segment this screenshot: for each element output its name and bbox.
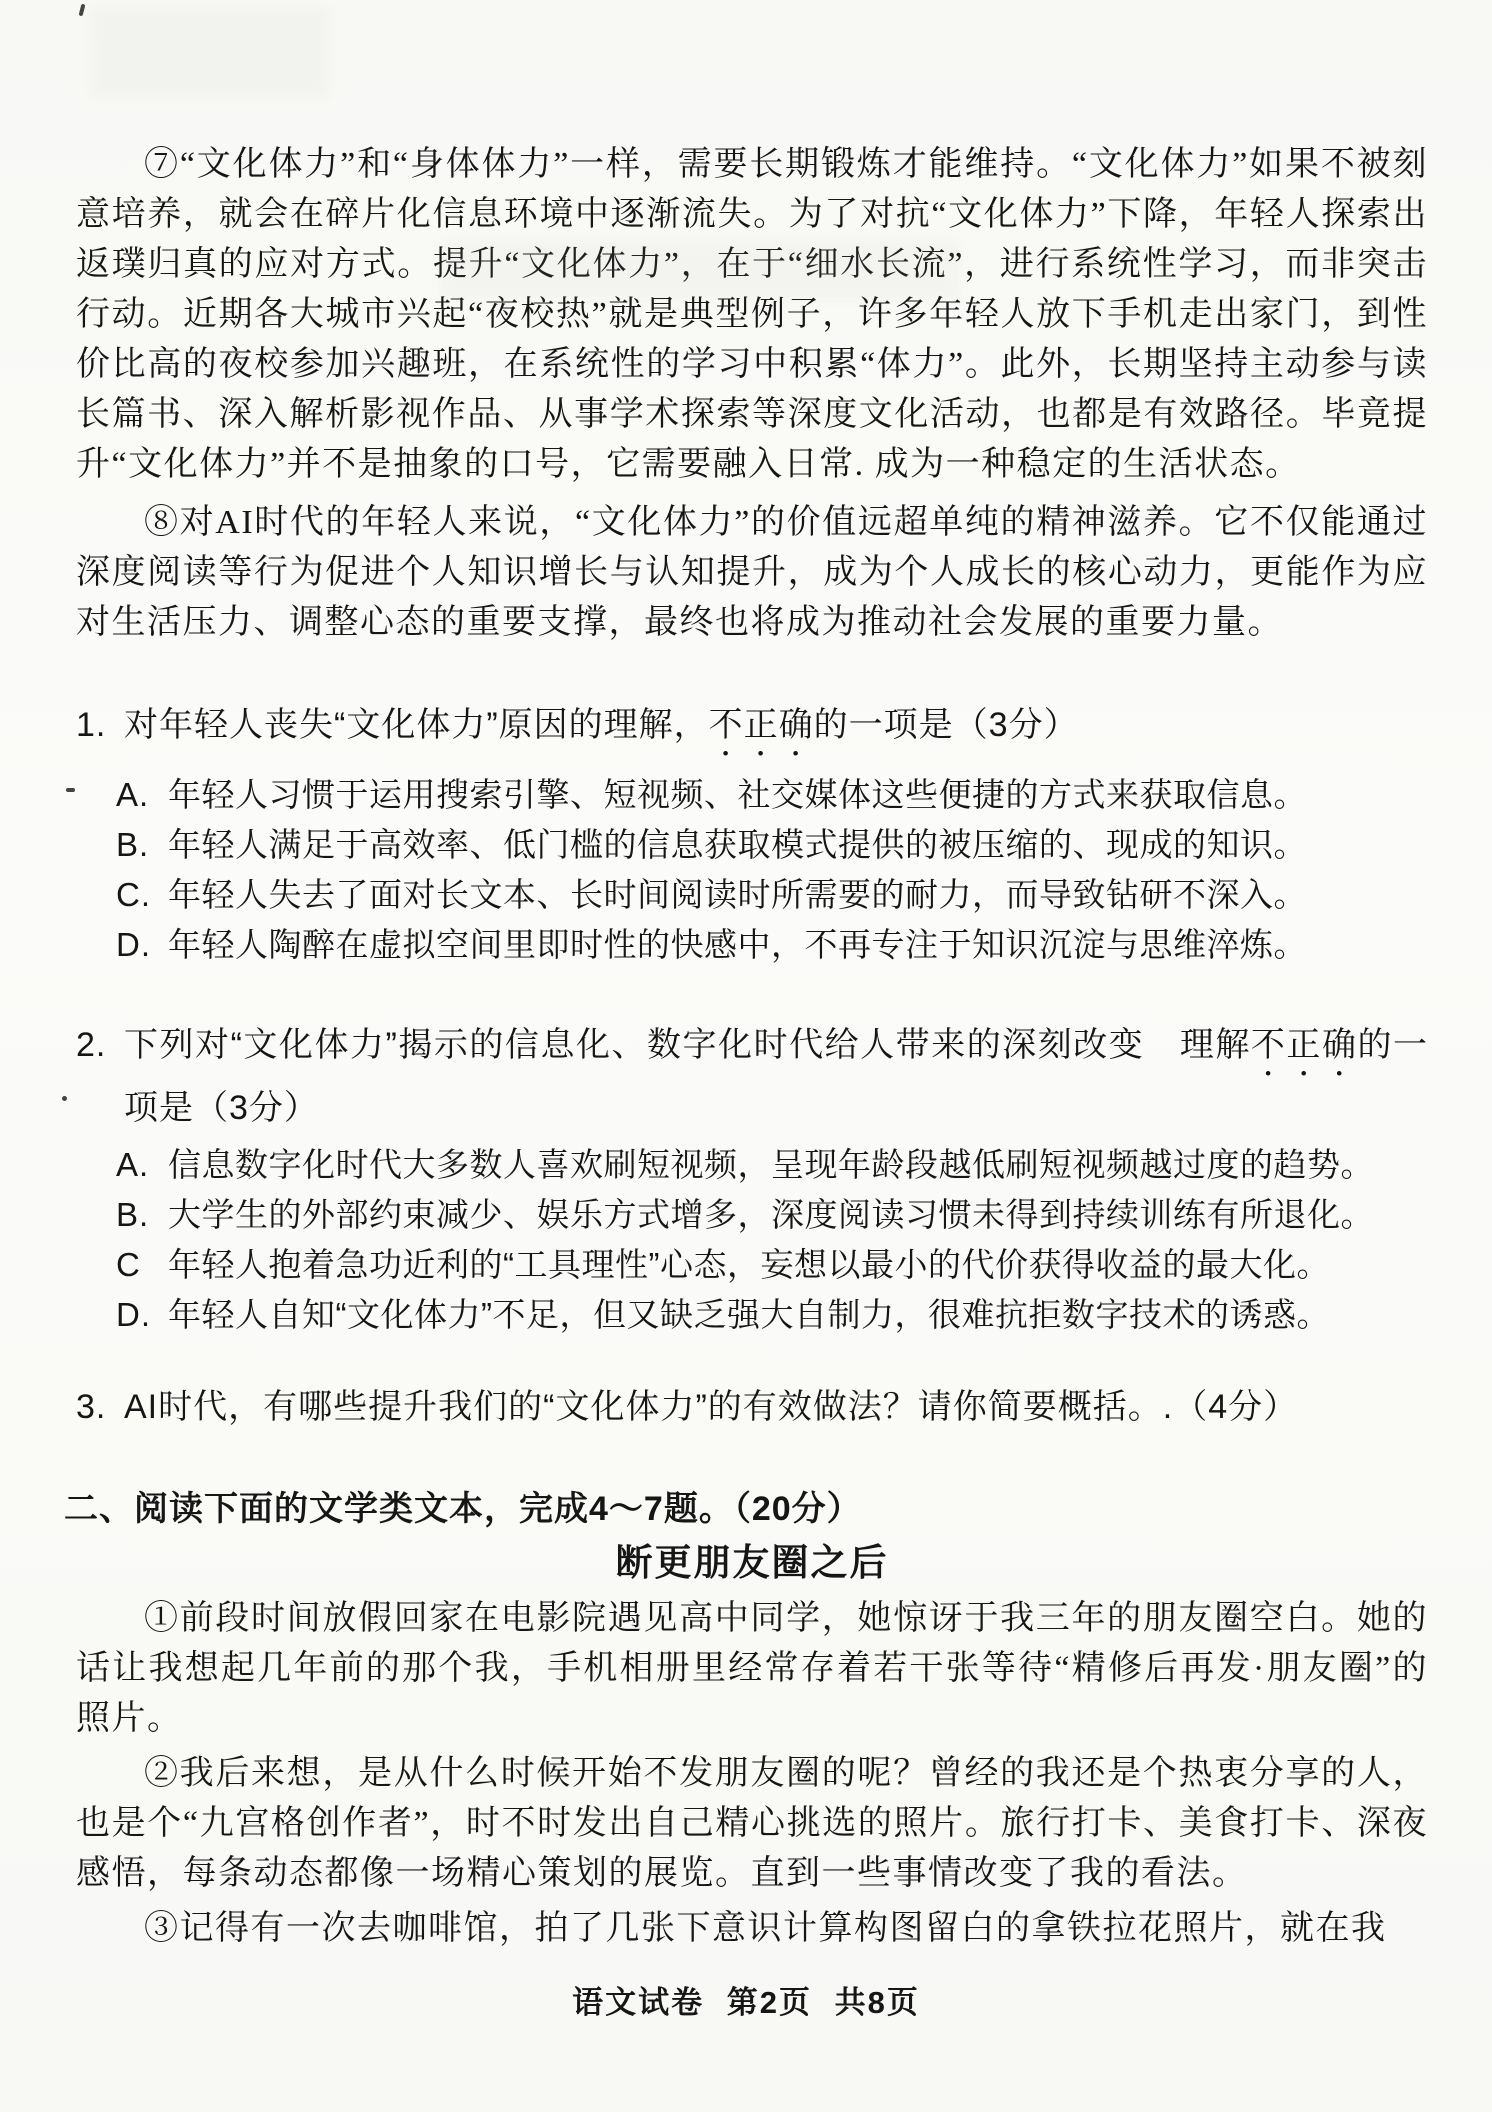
question-2: 2. 下列对“文化体力”揭示的信息化、数字化时代给人带来的深刻改变 理解不正确的… — [76, 1020, 1428, 1340]
scan-shading — [90, 8, 330, 98]
option-label: B. — [116, 1190, 168, 1240]
option-label: C. — [116, 870, 168, 920]
literary-paragraph-3: ③记得有一次去咖啡馆，拍了几张下意识计算构图留白的拿铁拉花照片，就在我 — [76, 1904, 1428, 1954]
literary-paragraph-2: ②我后来想，是从什么时候开始不发朋友圈的呢？曾经的我还是个热衷分享的人，也是个“… — [76, 1749, 1428, 1899]
option-label: B. — [116, 820, 168, 870]
question-3-stem: AI时代，有哪些提升我们的“文化体力”的有效做法？请你简要概括。.（4分） — [124, 1382, 1428, 1432]
option-label: D. — [116, 920, 168, 970]
option-text: 年轻人抱着急功近利的“工具理性”心态，妄想以最小的代价获得收益的最大化。 — [168, 1240, 1428, 1290]
literary-passage: ①前段时间放假回家在电影院遇见高中同学，她惊讶于我三年的朋友圈空白。她的话让我想… — [76, 1594, 1428, 1954]
option-label: D. — [116, 1290, 168, 1340]
question-2-number: 2. — [76, 1020, 124, 1070]
scan-artifact — [79, 4, 86, 17]
emphasized-text: 不正确 — [709, 706, 814, 744]
option-text: 信息数字化时代大多数人喜欢刷短视频，呈现年龄段越低刷短视频越过度的趋势。 — [168, 1140, 1428, 1190]
option-label: C — [116, 1240, 168, 1290]
option-row: B. 大学生的外部约束减少、娱乐方式增多，深度阅读习惯未得到持续训练有所退化。 — [116, 1190, 1428, 1240]
option-text: 年轻人自知“文化体力”不足，但又缺乏强大自制力，很难抗拒数字技术的诱惑。 — [168, 1290, 1428, 1340]
passage-paragraph-7: ⑦“文化体力”和“身体体力”一样，需要长期锻炼才能维持。“文化体力”如果不被刻意… — [76, 140, 1428, 490]
option-text: 年轻人满足于高效率、低门槛的信息获取模式提供的被压缩的、现成的知识。 — [168, 820, 1428, 870]
question-3-number: 3. — [76, 1382, 124, 1432]
scan-artifact — [66, 788, 75, 792]
question-1-number: 1. — [76, 700, 124, 750]
literary-title: 断更朋友圈之后 — [76, 1537, 1428, 1589]
option-text: 年轻人陶醉在虚拟空间里即时性的快感中，不再专注于知识沉淀与思维淬炼。 — [168, 920, 1428, 970]
passage-paragraph-8: ⑧对AI时代的年轻人来说，“文化体力”的价值远超单纯的精神滋养。它不仅能通过深度… — [76, 498, 1428, 648]
question-2-stem-text: 下列对“文化体力”揭示的信息化、数字化时代给人带来的深刻改变 理解 — [124, 1026, 1251, 1064]
option-text: 年轻人失去了面对长文本、长时间阅读时所需要的耐力，而导致钻研不深入。 — [168, 870, 1428, 920]
option-text: 大学生的外部约束减少、娱乐方式增多，深度阅读习惯未得到持续训练有所退化。 — [168, 1190, 1428, 1240]
footer-exam-label: 语文试卷 — [572, 1985, 704, 2020]
literary-paragraph-1: ①前段时间放假回家在电影院遇见高中同学，她惊讶于我三年的朋友圈空白。她的话让我想… — [76, 1594, 1428, 1744]
option-label: A. — [116, 1140, 168, 1190]
question-3: 3. AI时代，有哪些提升我们的“文化体力”的有效做法？请你简要概括。.（4分） — [76, 1382, 1428, 1432]
question-1: 1. 对年轻人丧失“文化体力”原因的理解，不正确的一项是（3分） A. 年轻人习… — [76, 700, 1428, 970]
question-1-stem-text: 对年轻人丧失“文化体力”原因的理解， — [124, 706, 709, 744]
section-two-header: 二、阅读下面的文学类文本，完成4～7题。（20分） — [64, 1484, 1428, 1534]
reading-passage: ⑦“文化体力”和“身体体力”一样，需要长期锻炼才能维持。“文化体力”如果不被刻意… — [76, 140, 1428, 648]
option-row: B. 年轻人满足于高效率、低门槛的信息获取模式提供的被压缩的、现成的知识。 — [116, 820, 1428, 870]
emphasized-text: 不正确 — [1251, 1026, 1358, 1064]
option-row: D. 年轻人陶醉在虚拟空间里即时性的快感中，不再专注于知识沉淀与思维淬炼。 — [116, 920, 1428, 970]
question-1-options: A. 年轻人习惯于运用搜索引擎、短视频、社交媒体这些便捷的方式来获取信息。 B.… — [76, 770, 1428, 970]
option-row: C 年轻人抱着急功近利的“工具理性”心态，妄想以最小的代价获得收益的最大化。 — [116, 1240, 1428, 1290]
page-footer: 语文试卷 第2页 共8页 — [0, 1978, 1492, 2028]
option-label: A. — [116, 770, 168, 820]
question-1-stem: 对年轻人丧失“文化体力”原因的理解，不正确的一项是（3分） — [124, 700, 1428, 763]
option-row: A. 年轻人习惯于运用搜索引擎、短视频、社交媒体这些便捷的方式来获取信息。 — [116, 770, 1428, 820]
option-row: D. 年轻人自知“文化体力”不足，但又缺乏强大自制力，很难抗拒数字技术的诱惑。 — [116, 1290, 1428, 1340]
question-2-stem: 下列对“文化体力”揭示的信息化、数字化时代给人带来的深刻改变 理解不正确的一项是… — [124, 1020, 1428, 1133]
footer-page-total: 共8页 — [835, 1985, 920, 2020]
question-2-options: A. 信息数字化时代大多数人喜欢刷短视频，呈现年龄段越低刷短视频越过度的趋势。 … — [76, 1140, 1428, 1340]
question-1-stem-text: 的一项是（3分） — [814, 706, 1079, 744]
scan-artifact — [62, 1096, 67, 1101]
footer-page-number: 第2页 — [727, 1985, 812, 2020]
option-text: 年轻人习惯于运用搜索引擎、短视频、社交媒体这些便捷的方式来获取信息。 — [168, 770, 1428, 820]
option-row: C. 年轻人失去了面对长文本、长时间阅读时所需要的耐力，而导致钻研不深入。 — [116, 870, 1428, 920]
section-two: 二、阅读下面的文学类文本，完成4～7题。（20分） 断更朋友圈之后 ①前段时间放… — [76, 1484, 1428, 1954]
exam-page: ⑦“文化体力”和“身体体力”一样，需要长期锻炼才能维持。“文化体力”如果不被刻意… — [0, 0, 1492, 2112]
option-row: A. 信息数字化时代大多数人喜欢刷短视频，呈现年龄段越低刷短视频越过度的趋势。 — [116, 1140, 1428, 1190]
